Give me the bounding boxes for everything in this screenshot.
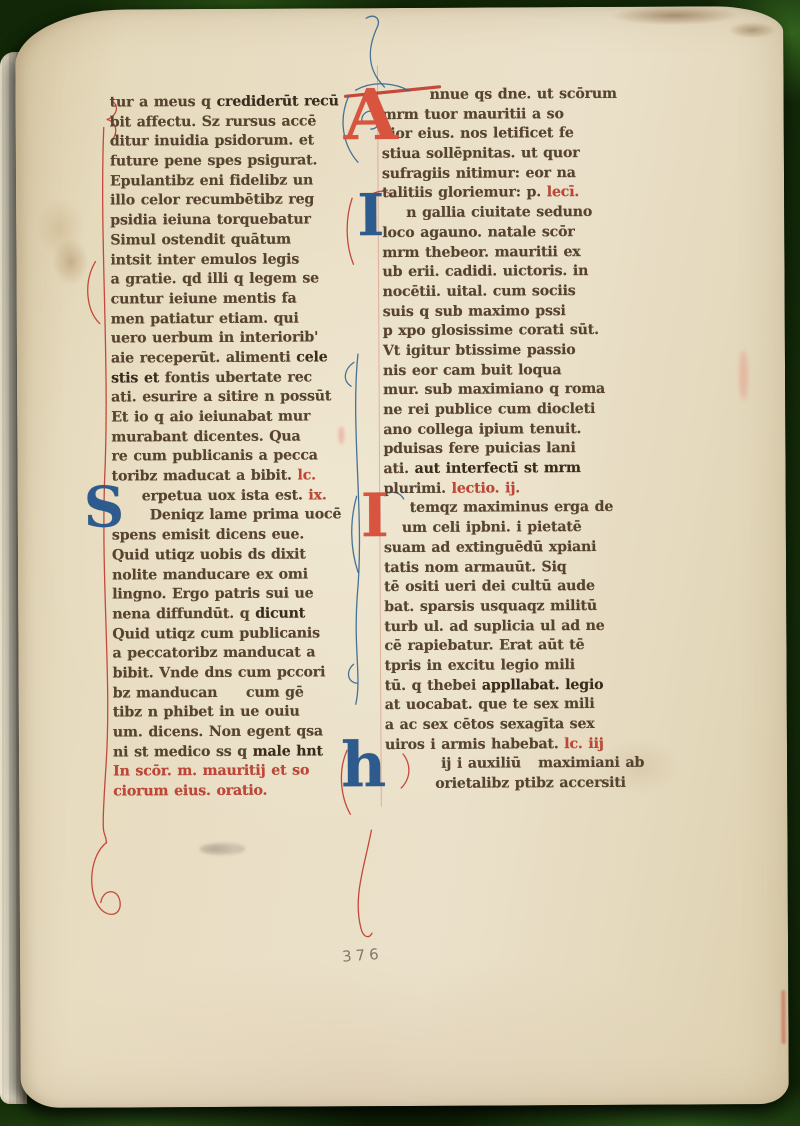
rubric-text: lc. iij [564,736,604,752]
manuscript-line: murabant dicentes. Qua [111,427,369,448]
manuscript-line: illo celor recumbētibz reg [110,191,368,212]
manuscript-line: ati. aut interfectī st mrm [383,459,658,480]
manuscript-line: tatis nom armauūt. Siq [384,557,659,578]
body-text: Quid utiqz uobis ds dixit [112,546,306,563]
body-text: dicunt [255,605,305,621]
manuscript-line: intsit inter emulos legis [110,250,368,271]
manuscript-line: sufragiis nitimur: eor na [382,163,657,184]
body-text: uiros i armis habebat. [385,736,564,753]
illuminated-initial-I: I [361,490,389,543]
body-text: bit affectu. Sz rursus accē [110,113,317,130]
left-margin-bottom-curl [92,842,121,914]
illuminated-initial-h: h [341,738,386,793]
manuscript-line: lingno. Ergo patris sui ue [112,584,370,605]
body-text: a ac sex cētos sexagīta sex [385,716,595,733]
manuscript-line: bit affectu. Sz rursus accē [110,112,368,133]
manuscript-line: mrm tuor mauritii a so [382,104,657,125]
body-text: crediderūt recū [217,93,339,110]
manuscript-line: nena diffundūt. q dicunt [112,604,370,625]
body-text: orietalibz ptibz accersiti [435,775,626,792]
illuminated-initial-I: I [357,190,384,241]
manuscript-line: bz manducan cum gē [113,683,371,704]
body-text: bz manducan cum gē [113,684,304,701]
manuscript-line: bibit. Vnde dns cum pccori [113,663,371,684]
manuscript-line: Et io q aio ieiunabat mur [111,407,369,428]
illuminated-initial-A: A [344,84,399,146]
left-margin-mid-curl [88,262,100,324]
manuscript-line: um celi ipbni. i pietatē [384,518,659,539]
rubric-text: ciorum eius. oratio. [113,783,267,800]
manuscript-line: stiua sollēpnitas. ut quor [382,144,657,165]
manuscript-line: erpetua uox ista est. ix. [112,486,370,507]
body-text: um celi ipbni. i pietatē [402,519,582,536]
manuscript-line: suis q sub maximo pssi [383,301,658,322]
body-text: men patiatur etiam. qui [111,310,299,327]
manuscript-line: re cum publicanis a pecca [111,447,369,468]
body-text: mur. sub maximiano q roma [383,381,605,398]
manuscript-line: In scōr. m. mauritij et so [113,762,371,783]
manuscript-line: talitiis gloriemur: p. lecī. [382,183,657,204]
body-text: tatis nom armauūt. Siq [384,559,567,576]
body-text: a gratie. qd illi q legem se [111,271,320,288]
manuscript-line: ati. esurire a sitire n possūt [111,387,369,408]
body-text: suam ad extinguēdū xpiani [384,539,596,556]
manuscript-line: nolite manducare ex omi [112,565,370,586]
body-text: ano collega ipium tenuit. [383,421,581,438]
body-text: ne rei publice cum diocleti [383,401,595,418]
body-text: aut interfectī st mrm [415,460,581,477]
manuscript-line: tpris in excitu legio mili [385,656,660,677]
manuscript-line: ni st medico ss q male hnt [113,742,371,763]
body-text: ub erii. cadidi. uictoris. in [382,263,588,280]
body-text: cuntur ieiune mentis fa [111,290,297,307]
body-text: fontis ubertate rec [165,369,312,386]
body-text: nnue qs dne. ut scōrum [430,86,617,103]
manuscript-line: Epulantibz eni fidelibz un [110,171,368,192]
manuscript-line: men patiatur etiam. qui [111,309,369,330]
body-text: Et io q aio ieiunabat mur [111,408,310,425]
manuscript-line: ditur inuidia psidorum. et [110,132,368,153]
body-text: nis eor cam buit loqua [383,362,561,379]
manuscript-line: uero uerbum in interiorib' [111,328,369,349]
body-text: tibz n phibet in ue ouiu [113,704,300,721]
text-column-right: nnue qs dne. ut scōrummrm tuor mauritii … [382,85,661,795]
body-text: toribz maducat a bibit. [112,468,298,485]
rubric-text: lectio. ij. [452,480,520,496]
body-text: tur a meus q [110,94,217,111]
body-text: nolite manducare ex omi [112,566,308,583]
body-text: talitiis gloriemur: p. [382,185,547,202]
gray-smudge [199,843,245,855]
manuscript-line: p xpo glosissime corati sūt. [383,321,658,342]
manuscript-line: pduisas fere puicias lani [383,439,658,460]
manuscript-line: ciorum eius. oratio. [113,781,371,802]
body-text: sufragiis nitimur: eor na [382,165,576,182]
manuscript-line: um. dicens. Non egent qsa [113,722,371,743]
body-text: loco agauno. natale scōr [382,224,574,241]
manuscript-line: bat. sparsis usquaqz militū [384,597,659,618]
manuscript-line: tibz n phibet in ue ouiu [113,702,371,723]
manuscript-line: nis eor cam buit loqua [383,360,658,381]
manuscript-line: ne rei publice cum diocleti [383,400,658,421]
manuscript-line: nocētii. uital. cum sociis [383,282,658,303]
manuscript-line: aie receperūt. alimenti cele [111,348,369,369]
body-text: Deniqz lame prima uocē [150,507,342,524]
initial-h-descender [358,830,372,936]
manuscript-line: n gallia ciuitate seduno [382,203,657,224]
manuscript-line: uiros i armis habebat. lc. iij [385,734,660,755]
manuscript-line: mur. sub maximiano q roma [383,380,658,401]
body-text: cior eius. nos letificet fe [382,125,574,142]
photo-background: tur a meus q crediderūt recūbit affectu.… [0,0,800,1126]
manuscript-line: Simul ostendit quātum [110,230,368,251]
body-text: mrm thebeor. mauritii ex [382,244,580,261]
body-text: aie receperūt. alimenti [111,349,296,366]
manuscript-line: tur a meus q crediderūt recū [110,92,368,113]
manuscript-line: loco agauno. natale scōr [382,222,657,243]
body-text: suis q sub maximo pssi [383,303,566,320]
body-text: uero uerbum in interiorib' [111,330,318,347]
manuscript-line: cē rapiebatur. Erat aūt tē [384,636,659,657]
pink-ink-smudge [739,350,748,400]
initials-layer: AIIhS [15,6,783,10]
rubric-text: lc. [297,468,315,484]
body-text: Epulantibz eni fidelibz un [110,172,313,189]
manuscript-line: Vt igitur btissime passio [383,341,658,362]
body-text: nocētii. uital. cum sociis [383,283,576,300]
manuscript-line: nnue qs dne. ut scōrum [382,85,657,106]
body-text: pduisas fere puicias lani [383,440,575,457]
body-text: turb ul. ad suplicia ul ad ne [384,618,604,635]
body-text: p xpo glosissime corati sūt. [383,322,599,339]
body-text: bat. sparsis usquaqz militū [384,598,597,615]
body-text: re cum publicanis a pecca [111,448,317,465]
body-text: a peccatoribz manducat a [112,645,315,662]
body-text: appllabat. legio [482,677,604,694]
manuscript-line: at uocabat. que te sex mili [385,695,660,716]
folio-number: 376 [341,945,383,966]
body-text: nena diffundūt. q [112,606,255,623]
manuscript-line: cior eius. nos letificet fe [382,124,657,145]
manuscript-line: ub erii. cadidi. uictoris. in [382,262,657,283]
manuscript-line: future pene spes psigurat. [110,151,368,172]
manuscript-line: ij i auxiliū maximiani ab [385,754,660,775]
fore-edge-red-mark [781,990,785,1044]
body-text: bibit. Vnde dns cum pccori [113,664,326,681]
red-ruling-line [377,66,381,806]
body-text: erpetua uox ista est. [142,487,309,504]
body-text: ati. esurire a sitire n possūt [111,389,331,406]
manuscript-line: tē ositi ueri dei cultū aude [384,577,659,598]
manuscript-line: psidia ieiuna torquebatur [110,210,368,231]
body-text: tpris in excitu legio mili [385,657,575,674]
body-text: lingno. Ergo patris sui ue [112,586,313,603]
manuscript-line: ano collega ipium tenuit. [383,419,658,440]
body-text: mrm tuor mauritii a so [382,106,564,123]
body-text: cē rapiebatur. Erat aūt tē [384,637,584,654]
manuscript-line: a gratie. qd illi q legem se [110,269,368,290]
manuscript-line: mrm thebeor. mauritii ex [382,242,657,263]
body-text: intsit inter emulos legis [110,251,299,268]
body-text: Quid utiqz cum publicanis [112,625,320,642]
body-text: ati. [383,461,414,477]
body-text: tū. q thebei [385,677,482,694]
body-text: male hnt [253,743,323,759]
body-text: plurimi. [384,480,452,496]
rubric-text: lecī. [547,185,579,201]
manuscript-line: Quid utiqz uobis ds dixit [112,545,370,566]
body-text: illo celor recumbētibz reg [110,192,314,209]
body-text: Vt igitur btissime passio [383,342,576,359]
manuscript-line: cuntur ieiune mentis fa [111,289,369,310]
rubric-text: ix. [308,487,326,503]
body-text: murabant dicentes. Qua [111,428,300,445]
manuscript-line: Quid utiqz cum publicanis [112,624,370,645]
manuscript-line: a ac sex cētos sexagīta sex [385,715,660,736]
manuscript-line: a peccatoribz manducat a [112,643,370,664]
body-text: stis et [111,370,165,386]
manuscript-line: suam ad extinguēdū xpiani [384,537,659,558]
text-column-left: tur a meus q crediderūt recūbit affectu.… [110,92,372,802]
manuscript-line: tū. q thebei appllabat. legio [385,675,660,696]
manuscript-line: Deniqz lame prima uocē [112,506,370,527]
body-text: at uocabat. que te sex mili [385,696,595,713]
body-text: n gallia ciuitate seduno [406,204,592,221]
manuscript-line: orietalibz ptibz accersiti [385,774,660,795]
body-text: future pene spes psigurat. [110,153,317,170]
manuscript-line: stis et fontis ubertate rec [111,368,369,389]
body-text: ni st medico ss q [113,743,253,760]
rubric-text: In scōr. m. mauritij et so [113,763,309,780]
body-text: ditur inuidia psidorum. et [110,133,314,150]
manuscript-line: turb ul. ad suplicia ul ad ne [384,616,659,637]
body-text: cele [296,349,327,365]
manuscript-line: temqz maximinus erga de [384,498,659,519]
body-text: Simul ostendit quātum [110,231,291,248]
manuscript-line: plurimi. lectio. ij. [384,478,659,499]
body-text: psidia ieiuna torquebatur [110,212,311,229]
body-text: um. dicens. Non egent qsa [113,723,323,740]
body-text: stiua sollēpnitas. ut quor [382,145,580,162]
manuscript-line: toribz maducat a bibit. lc. [112,466,370,487]
illuminated-initial-S: S [84,483,125,532]
body-text: temqz maximinus erga de [410,499,614,516]
pink-ink-smudge-small [338,426,344,444]
body-text: spens emisit dicens eue. [112,527,304,544]
manuscript-line: spens emisit dicens eue. [112,525,370,546]
body-text: ij i auxiliū maximiani ab [441,755,644,772]
manuscript-page: tur a meus q crediderūt recūbit affectu.… [15,6,789,1108]
body-text: tē ositi ueri dei cultū aude [384,578,595,595]
